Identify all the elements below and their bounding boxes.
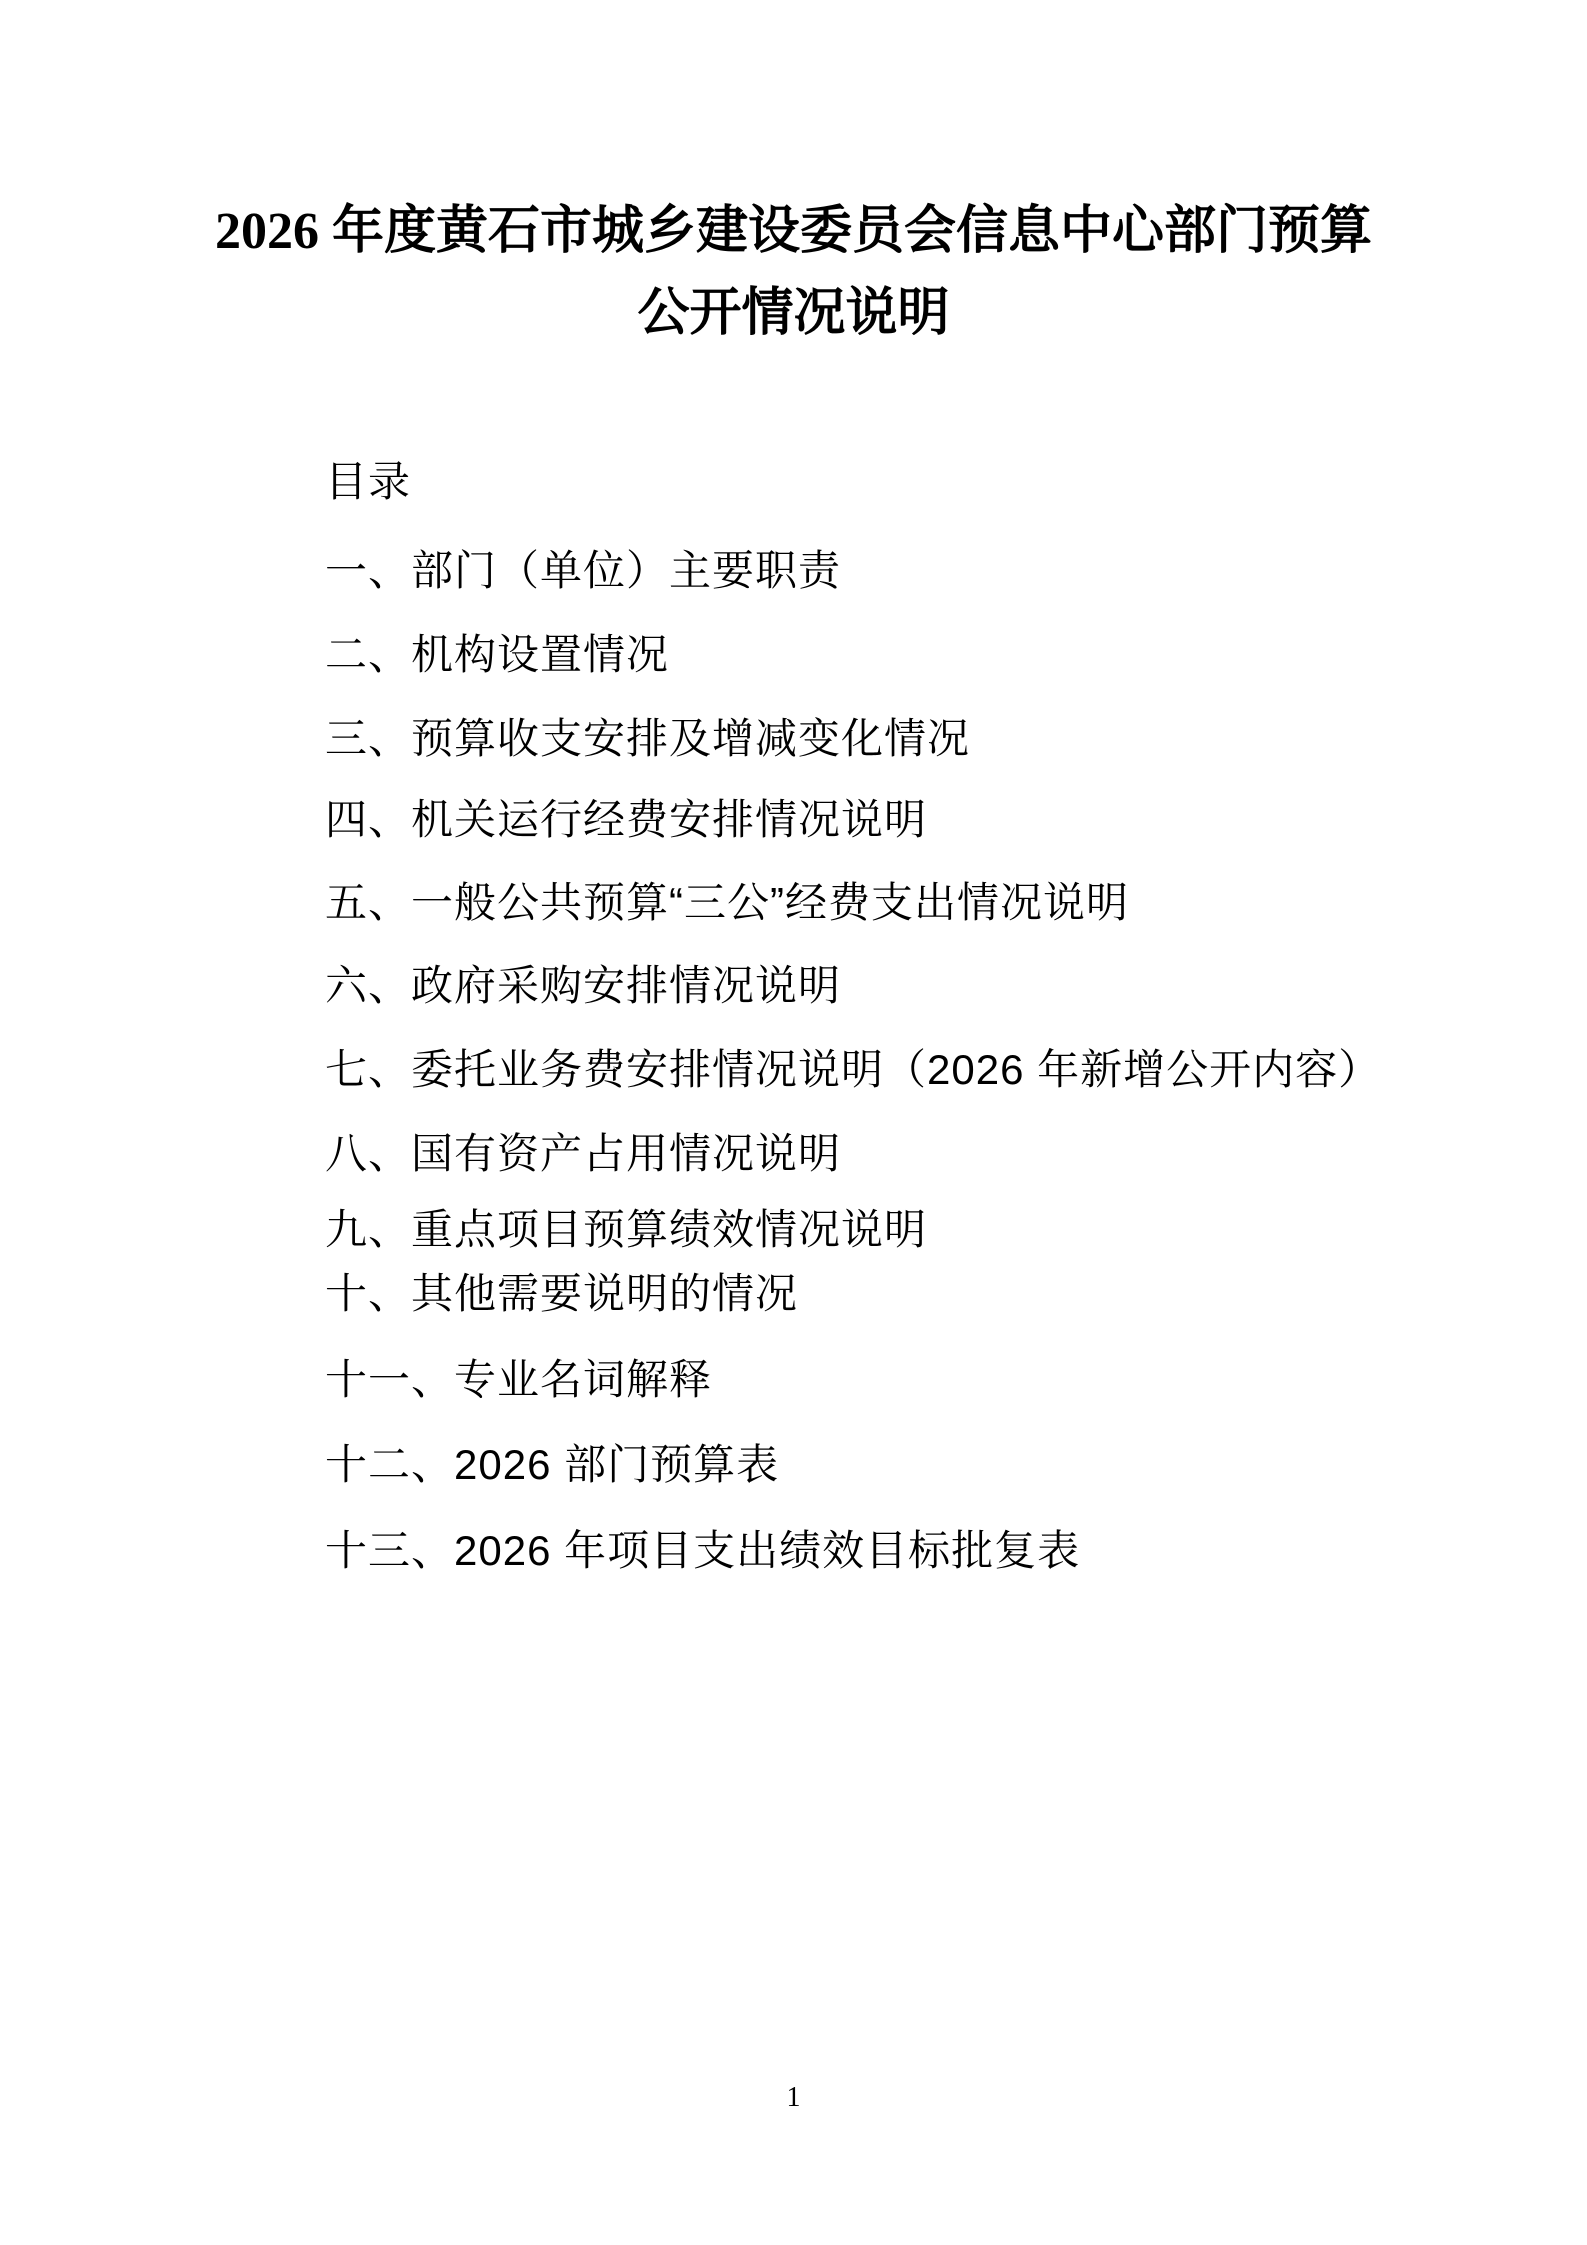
document-title-line-1: 2026 年度黄石市城乡建设委员会信息中心部门预算 xyxy=(0,200,1587,264)
toc-item-8: 八、国有资产占用情况说明 xyxy=(325,1132,841,1176)
toc-item-10: 十、其他需要说明的情况 xyxy=(325,1272,798,1316)
toc-item-12: 十二、2026 部门预算表 xyxy=(325,1443,779,1487)
toc-item-13: 十三、2026 年项目支出绩效目标批复表 xyxy=(325,1529,1080,1573)
document-page: 2026 年度黄石市城乡建设委员会信息中心部门预算 公开情况说明 目录 一、部门… xyxy=(0,0,1587,2245)
toc-heading: 目录 xyxy=(325,460,411,504)
toc-item-5: 五、一般公共预算“三公”经费支出情况说明 xyxy=(325,881,1129,925)
toc-item-2: 二、机构设置情况 xyxy=(325,633,669,677)
toc-item-3: 三、预算收支安排及增减变化情况 xyxy=(325,717,970,761)
document-title-line-2: 公开情况说明 xyxy=(0,282,1587,346)
title-unit-name: 黄石市城乡建设委员会信息中心 xyxy=(436,203,1164,260)
toc-item-7: 七、委托业务费安排情况说明（2026 年新增公开内容） xyxy=(325,1048,1381,1092)
toc-item-4: 四、机关运行经费安排情况说明 xyxy=(325,798,927,842)
title-suffix: 部门预算 xyxy=(1164,203,1372,260)
title-year-prefix: 2026 年度 xyxy=(215,203,436,260)
toc-item-9: 九、重点项目预算绩效情况说明 xyxy=(325,1208,927,1252)
page-number: 1 xyxy=(0,2082,1587,2114)
toc-item-11: 十一、专业名词解释 xyxy=(325,1358,712,1402)
toc-item-1: 一、部门（单位）主要职责 xyxy=(325,549,841,593)
toc-item-6: 六、政府采购安排情况说明 xyxy=(325,964,841,1008)
